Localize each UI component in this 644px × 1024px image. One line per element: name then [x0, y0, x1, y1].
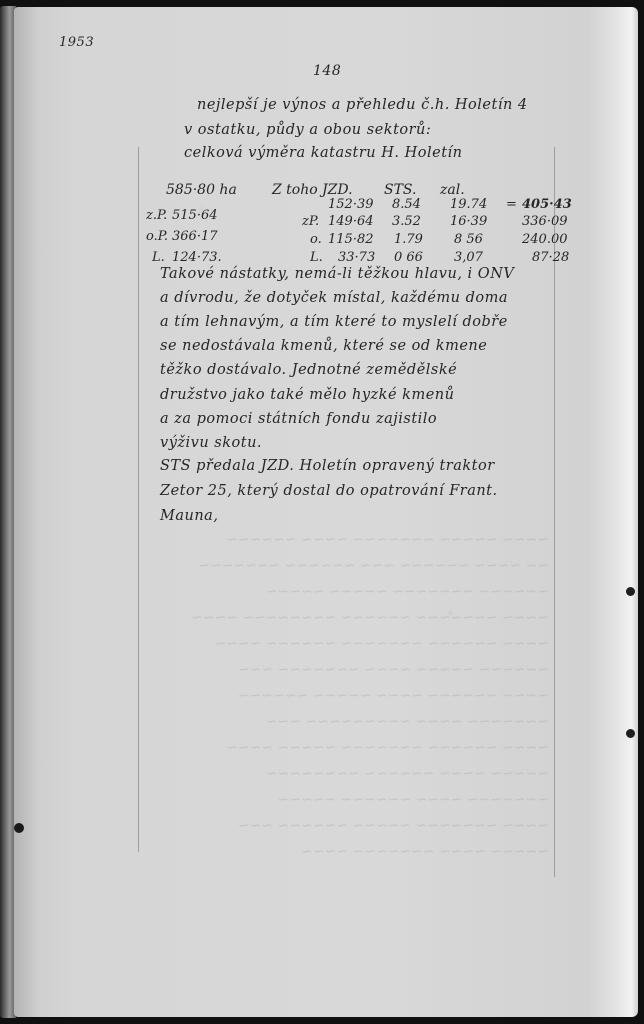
row1-label: zP.: [302, 214, 319, 229]
left-value-zp: 515·64: [172, 208, 218, 223]
row3-jzd: 33·73: [338, 250, 375, 265]
intro-line-2: v ostatku, půdy a obou sektorů:: [184, 122, 431, 138]
left-value-l: 124·73.: [172, 250, 222, 265]
row2-zal: 8 56: [454, 232, 483, 247]
year-note: 1953: [59, 35, 94, 50]
row3-sum: 87·28: [532, 250, 569, 265]
scan-background: 1953 148 nejlepší je výnos a přehledu č.…: [0, 0, 644, 1024]
paragraph-line-8: výživu skotu.: [160, 435, 262, 451]
table-total-area: 585·80 ha: [166, 182, 237, 198]
row1-sum: 336·09: [522, 214, 568, 229]
paragraph-line-6: družstvo jako také mělo hyzké kmenů: [160, 387, 454, 403]
left-value-op: 366·17: [172, 229, 218, 244]
row2-sum: 240.00: [522, 232, 568, 247]
punch-hole-upper: [626, 587, 635, 596]
document-page: 1953 148 nejlepší je výnos a přehledu č.…: [14, 7, 638, 1017]
paragraph-line-5: těžko dostávalo. Jednotné zemědělské: [160, 362, 457, 378]
page-number: 148: [313, 63, 341, 79]
intro-line-3: celková výměra katastru H. Holetín: [184, 145, 463, 161]
row1-sts: 3.52: [392, 214, 421, 229]
left-label-zp: z.P.: [146, 208, 167, 223]
row0-sum: 405·43: [522, 197, 572, 212]
row0-eq: =: [506, 197, 517, 212]
row3-zal: 3,07: [454, 250, 483, 265]
left-margin-line: [138, 147, 139, 852]
row1-jzd: 149·64: [328, 214, 374, 229]
ink-spot: [14, 823, 24, 833]
left-label-l: L.: [152, 250, 165, 265]
table-header-sts: STS.: [384, 182, 416, 198]
paragraph-line-1: Takové nástatky, nemá-li těžkou hlavu, i…: [160, 266, 514, 282]
row2-sts: 1.79: [394, 232, 423, 247]
row3-label: L.: [310, 250, 323, 265]
land-area-table: 585·80 ha Z toho JZD. STS. zal. z.P. 515…: [154, 182, 574, 272]
left-label-op: o.P.: [146, 229, 168, 244]
row0-sts: 8.54: [392, 197, 421, 212]
row1-zal: 16·39: [450, 214, 487, 229]
bleed-through-text: ~~~~ ~~~~~ ~~~~~~~ ~~~~ ~~~~~~ ~~ ~~~~ ~…: [149, 527, 549, 887]
row0-jzd: 152·39: [328, 197, 374, 212]
table-header-zal: zal.: [440, 182, 465, 198]
table-header-label: Z toho: [272, 182, 318, 198]
paragraph-line-10: Zetor 25, který dostal do opatrování Fra…: [160, 483, 498, 499]
intro-line-1: nejlepší je výnos a přehledu č.h. Holetí…: [197, 97, 528, 113]
row2-label: o.: [310, 232, 322, 247]
row0-zal: 19.74: [450, 197, 487, 212]
punch-hole-lower: [626, 729, 635, 738]
row3-sts: 0 66: [394, 250, 423, 265]
paragraph-line-7: a za pomoci státních fondu zajistilo: [160, 411, 437, 427]
table-header-jzd: JZD.: [322, 182, 353, 198]
paragraph-line-3: a tím lehnavým, a tím které to myslelí d…: [160, 314, 508, 330]
paragraph-line-2: a dívrodu, že dotyček místal, každému do…: [160, 290, 508, 306]
row2-jzd: 115·82: [328, 232, 374, 247]
paragraph-line-4: se nedostávala kmenů, které se od kmene: [160, 338, 487, 354]
paragraph-line-11: Mauna,: [160, 508, 218, 524]
paragraph-line-9: STS předala JZD. Holetín opravený trakto…: [160, 458, 495, 474]
